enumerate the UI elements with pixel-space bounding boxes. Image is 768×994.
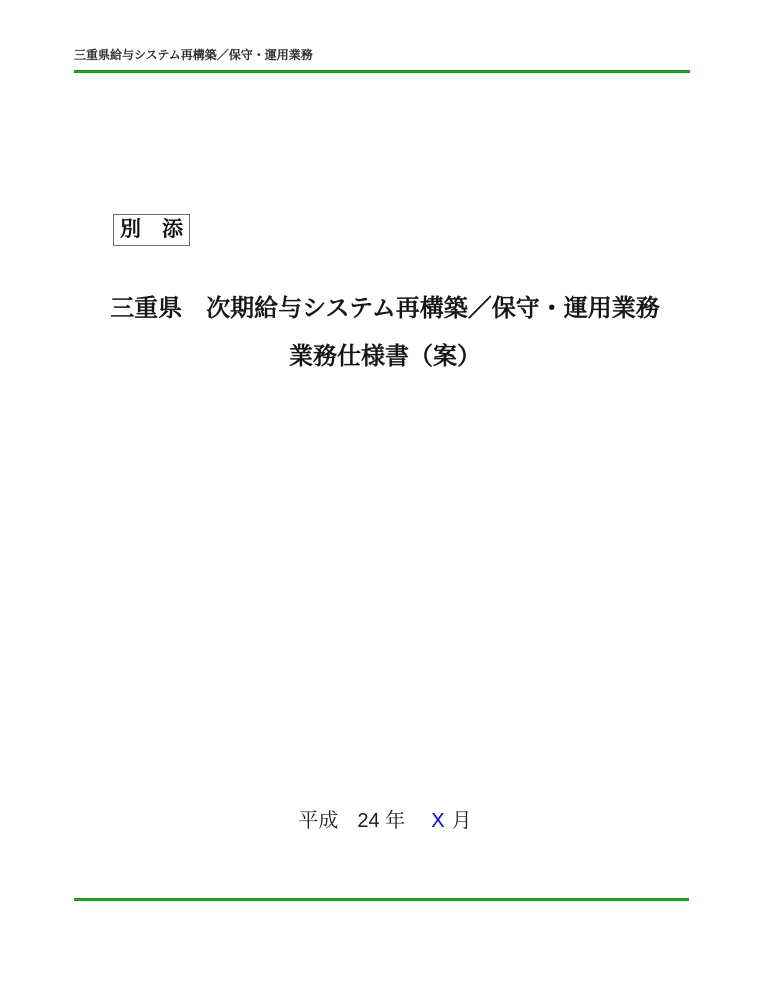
date-year: 24 年 — [357, 810, 405, 832]
date-line: 平成24 年X月 — [74, 804, 696, 833]
header-rule — [74, 70, 690, 73]
date-month-unit: 月 — [452, 810, 472, 832]
date-month-placeholder: X — [431, 810, 444, 832]
document-page: 三重県給与システム再構築／保守・運用業務 別 添 三重県 次期給与システム再構築… — [0, 0, 768, 994]
attachment-label: 別 添 — [120, 218, 183, 241]
footer-rule — [74, 898, 689, 901]
title-block: 三重県 次期給与システム再構築／保守・運用業務 業務仕様書（案） — [74, 296, 696, 370]
document-title-line2: 業務仕様書（案） — [74, 344, 696, 370]
document-title-line1: 三重県 次期給与システム再構築／保守・運用業務 — [74, 296, 696, 322]
running-header-text: 三重県給与システム再構築／保守・運用業務 — [74, 46, 313, 63]
attachment-label-box: 別 添 — [113, 214, 190, 246]
date-era: 平成 — [298, 810, 338, 832]
